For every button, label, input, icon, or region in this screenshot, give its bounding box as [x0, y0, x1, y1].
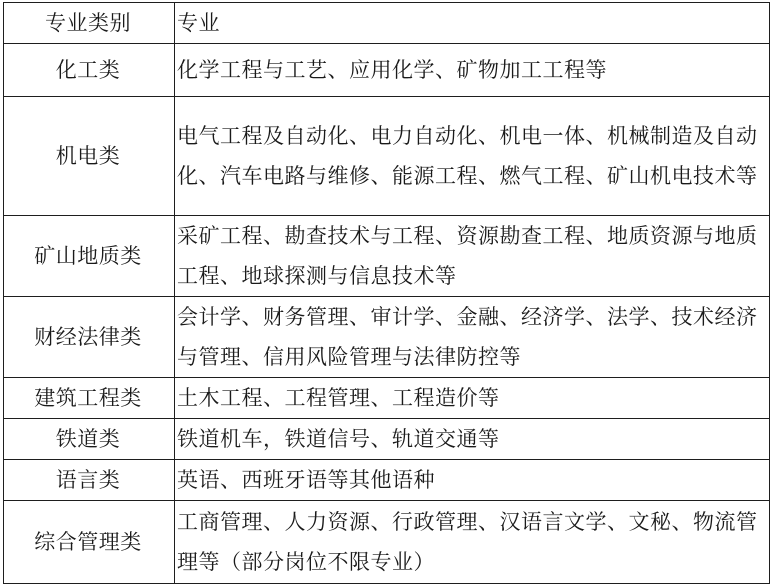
table-row: 财经法律类 会计学、财务管理、审计学、金融、经济学、法学、技术经济与管理、信用风… — [4, 297, 770, 378]
table-row: 矿山地质类 采矿工程、勘查技术与工程、资源勘查工程、地质资源与地质工程、地球探测… — [4, 216, 770, 297]
header-category: 专业类别 — [4, 3, 175, 44]
table-row: 语言类 英语、西班牙语等其他语种 — [4, 460, 770, 501]
row-category: 铁道类 — [4, 419, 175, 460]
table-row: 机电类 电气工程及自动化、电力自动化、机电一体、机械制造及自动化、汽车电路与维修… — [4, 97, 770, 216]
row-majors: 电气工程及自动化、电力自动化、机电一体、机械制造及自动化、汽车电路与维修、能源工… — [175, 97, 770, 216]
table-row: 综合管理类 工商管理、人力资源、行政管理、汉语言文学、文秘、物流管理等（部分岗位… — [4, 501, 770, 584]
majors-table: 专业类别 专业 化工类 化学工程与工艺、应用化学、矿物加工工程等 机电类 电气工… — [3, 2, 770, 584]
table-header-row: 专业类别 专业 — [4, 3, 770, 44]
row-majors: 采矿工程、勘查技术与工程、资源勘查工程、地质资源与地质工程、地球探测与信息技术等 — [175, 216, 770, 297]
row-category: 矿山地质类 — [4, 216, 175, 297]
row-category: 化工类 — [4, 44, 175, 97]
table-row: 建筑工程类 土木工程、工程管理、工程造价等 — [4, 378, 770, 419]
row-majors: 工商管理、人力资源、行政管理、汉语言文学、文秘、物流管理等（部分岗位不限专业） — [175, 501, 770, 584]
table-row: 铁道类 铁道机车，铁道信号、轨道交通等 — [4, 419, 770, 460]
table-row: 化工类 化学工程与工艺、应用化学、矿物加工工程等 — [4, 44, 770, 97]
row-majors: 会计学、财务管理、审计学、金融、经济学、法学、技术经济与管理、信用风险管理与法律… — [175, 297, 770, 378]
row-category: 语言类 — [4, 460, 175, 501]
row-majors: 化学工程与工艺、应用化学、矿物加工工程等 — [175, 44, 770, 97]
row-majors: 英语、西班牙语等其他语种 — [175, 460, 770, 501]
row-category: 建筑工程类 — [4, 378, 175, 419]
row-category: 综合管理类 — [4, 501, 175, 584]
row-majors: 土木工程、工程管理、工程造价等 — [175, 378, 770, 419]
row-category: 机电类 — [4, 97, 175, 216]
row-majors: 铁道机车，铁道信号、轨道交通等 — [175, 419, 770, 460]
row-category: 财经法律类 — [4, 297, 175, 378]
header-major: 专业 — [175, 3, 770, 44]
